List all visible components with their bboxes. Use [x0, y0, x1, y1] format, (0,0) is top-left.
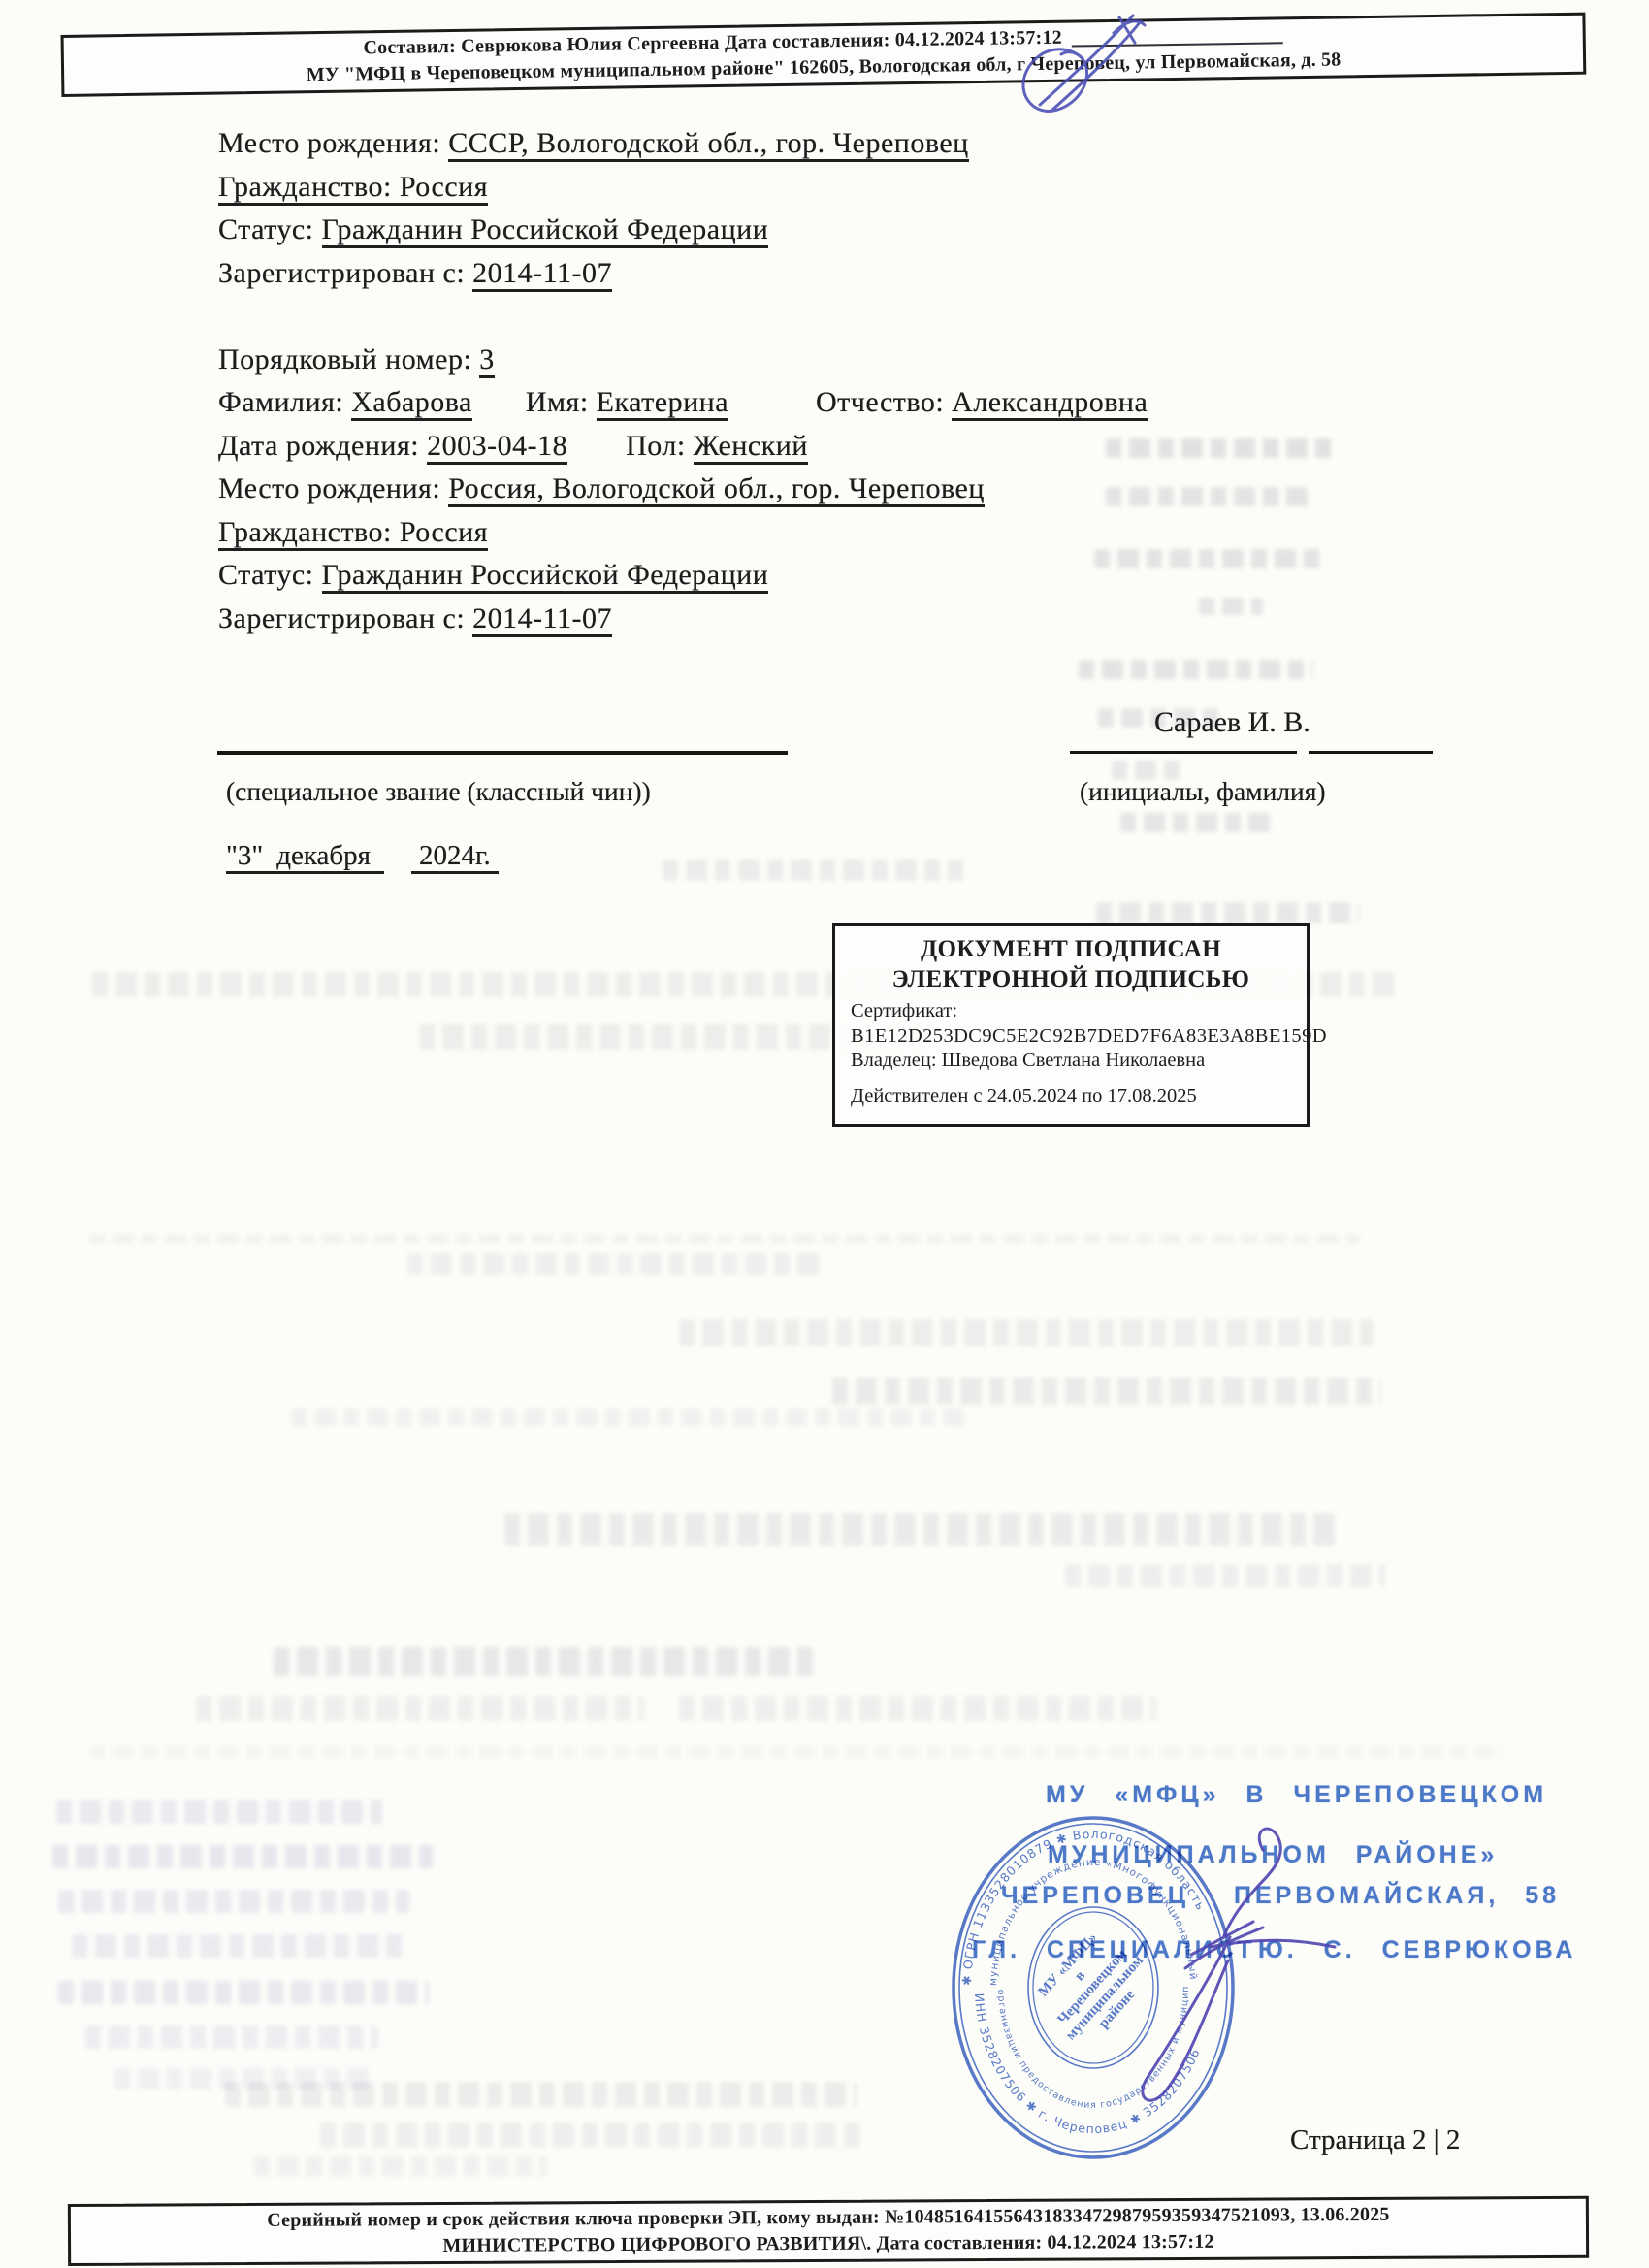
- esign-cert-label: Сертификат:: [851, 999, 1291, 1024]
- date-year: 2024г.: [411, 840, 499, 874]
- record1-citizenship-value: Россия: [400, 171, 488, 206]
- bleed-through-artifact: [832, 1377, 1381, 1405]
- bleed-through-artifact: [1065, 1564, 1385, 1587]
- record2-registered-value: 2014-11-07: [472, 602, 612, 637]
- footer-box: Серийный номер и срок действия ключа про…: [68, 2196, 1589, 2266]
- bleed-through-artifact: [663, 859, 963, 881]
- initials-caption: (инициалы, фамилия): [1080, 776, 1326, 807]
- page-number: Страница 2 | 2: [1290, 2124, 1460, 2156]
- bleed-through-artifact: [504, 1513, 1335, 1546]
- signer-name: Сараев И. В.: [1154, 706, 1310, 739]
- right-signature-line-a: [1070, 751, 1297, 754]
- bleed-through-artifact: [254, 2155, 547, 2177]
- bleed-through-artifact: [58, 1890, 409, 1913]
- record2-registered: Зарегистрирован с: 2014-11-07: [218, 598, 1148, 641]
- bleed-through-artifact: [679, 1696, 1156, 1721]
- esign-box: ДОКУМЕНТ ПОДПИСАН ЭЛЕКТРОННОЙ ПОДПИСЬЮ С…: [832, 923, 1309, 1127]
- footer-line-2: МИНИСТЕРСТВО ЦИФРОВОГО РАЗВИТИЯ\. Дата с…: [442, 2229, 1213, 2259]
- record1-birth-place-value: СССР, Вологодской обл., гор. Череповец: [448, 127, 969, 162]
- bleed-through-artifact: [1120, 813, 1276, 832]
- footer-serial-text: Серийный номер и срок действия ключа про…: [267, 2202, 1389, 2234]
- date-day: "3": [226, 840, 263, 874]
- bleed-through-artifact: [56, 1800, 382, 1824]
- record2-status-value: Гражданин Российской Федерации: [322, 559, 769, 594]
- pen-signature-top: [989, 0, 1300, 136]
- bleed-through-artifact: [89, 1234, 1360, 1244]
- bleed-through-artifact: [274, 1647, 813, 1676]
- record2-name-value: Екатерина: [597, 386, 728, 421]
- bleed-through-artifact: [1079, 660, 1313, 679]
- bleed-through-artifact: [58, 1981, 429, 2004]
- left-signature-line: [217, 751, 788, 755]
- record2-citizenship-value: Россия: [400, 516, 488, 551]
- date-month: декабря: [263, 840, 384, 874]
- bleed-through-artifact: [291, 1409, 970, 1426]
- footer-ministry-text: МИНИСТЕРСТВО ЦИФРОВОГО РАЗВИТИЯ\. Дата с…: [442, 2229, 1213, 2259]
- esign-title-line2: ЭЛЕКТРОННОЙ ПОДПИСЬЮ: [851, 964, 1291, 994]
- record2-fio: Фамилия: ХабароваИмя: ЕкатеринаОтчество:…: [218, 381, 1148, 425]
- bleed-through-artifact: [407, 1253, 824, 1275]
- record2-citizenship: Гражданство: Россия: [218, 511, 1148, 555]
- record2-ordinal-value: 3: [479, 343, 495, 378]
- record1-status-value: Гражданин Российской Федерации: [322, 213, 769, 248]
- record2-birthdate-value: 2003-04-18: [427, 430, 567, 465]
- pen-signature-bottom: [1096, 1799, 1348, 2110]
- esign-title-line1: ДОКУМЕНТ ПОДПИСАН: [851, 934, 1291, 964]
- esign-validity: Действителен с 24.05.2024 по 17.08.2025: [851, 1085, 1291, 1110]
- bleed-through-artifact: [679, 1319, 1374, 1346]
- record2-sex-value: Женский: [694, 430, 808, 465]
- bleed-through-artifact: [1096, 902, 1360, 923]
- bleed-through-artifact: [89, 1746, 1505, 1758]
- bleed-through-artifact: [1199, 598, 1263, 615]
- record2-birth-place-value: Россия, Вологодской обл., гор. Череповец: [448, 472, 985, 507]
- rank-caption: (специальное звание (классный чин)): [226, 776, 651, 807]
- record1-registered-value: 2014-11-07: [472, 257, 612, 292]
- bleed-through-artifact: [72, 1934, 404, 1958]
- right-signature-line-b: [1309, 751, 1433, 754]
- record-text: Место рождения: СССР, Вологодской обл., …: [218, 122, 1148, 640]
- esign-owner: Владелец: Шведова Светлана Николаевна: [851, 1049, 1291, 1074]
- footer-line-1: Серийный номер и срок действия ключа про…: [267, 2202, 1389, 2234]
- record2-ordinal: Порядковый номер: 3: [218, 339, 1148, 382]
- record2-surname-value: Хабарова: [351, 386, 472, 421]
- record1-citizenship: Гражданство: Россия: [218, 166, 1148, 210]
- bleed-through-artifact: [52, 1845, 433, 1868]
- record1-status: Статус: Гражданин Российской Федерации: [218, 209, 1148, 252]
- record2-birthdate-sex: Дата рождения: 2003-04-18Пол: Женский: [218, 425, 1148, 469]
- bleed-through-artifact: [225, 2082, 857, 2107]
- record2-status: Статус: Гражданин Российской Федерации: [218, 554, 1148, 598]
- bleed-through-artifact: [85, 2025, 378, 2049]
- record2-patronymic-value: Александровна: [952, 386, 1148, 421]
- header-box: Составил: Севрюкова Юлия Сергеевна Дата …: [61, 13, 1587, 97]
- scanned-document-page: { "header_box": { "line1": "Составил: Се…: [0, 0, 1649, 2268]
- record1-registered: Зарегистрирован с: 2014-11-07: [218, 252, 1148, 296]
- bleed-through-artifact: [320, 2122, 865, 2148]
- document-date: "3"декабря2024г.: [226, 840, 499, 872]
- bleed-through-artifact: [196, 1696, 644, 1721]
- esign-cert-value: B1E12D253DC9C5E2C92B7DED7F6A83E3A8BE159D: [851, 1024, 1291, 1050]
- record2-birth-place: Место рождения: Россия, Вологодской обл.…: [218, 468, 1148, 511]
